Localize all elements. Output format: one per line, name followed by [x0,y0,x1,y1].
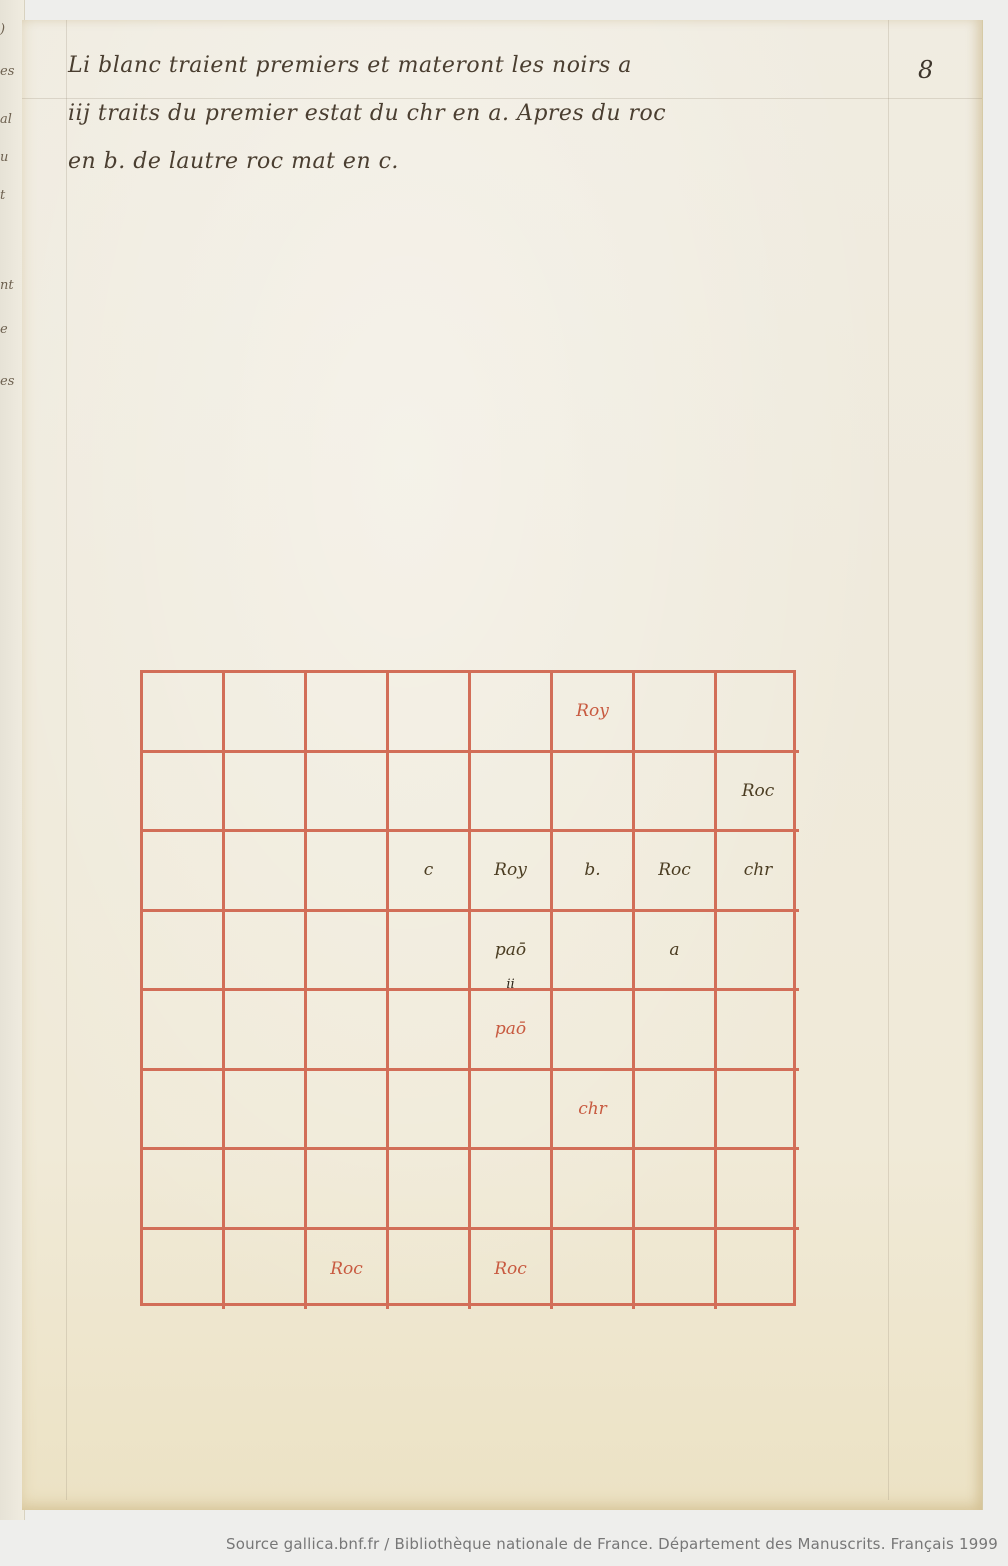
piece-label: paō [495,940,526,960]
board-cell [143,991,225,1071]
facing-page-fragment: ) [0,22,5,37]
board-cell [307,673,389,753]
facing-page-fragment: es [0,374,14,389]
square-marker-a: a [635,912,717,992]
board-cell [143,753,225,833]
chess-grid: Roy Roc c Roy b. Roc chr paō ii a [140,670,796,1306]
board-cell [389,1230,471,1310]
board-cell [307,1150,389,1230]
text-line: en b. de lautre roc mat en c. [68,138,898,186]
facing-page-fragment: u [0,150,8,165]
board-cell [717,991,799,1071]
board-cell [389,1071,471,1151]
board-cell [225,991,307,1071]
text-line: Li blanc traient premiers et materont le… [68,42,898,90]
facing-page-fragment: es [0,64,14,79]
piece-black-king: Roy [471,832,553,912]
board-cell [225,1150,307,1230]
board-cell [225,912,307,992]
board-cell [635,1150,717,1230]
board-cell [717,912,799,992]
board-cell [553,912,635,992]
board-cell [225,1230,307,1310]
board-cell [307,753,389,833]
board-cell [635,673,717,753]
board-cell [225,832,307,912]
pawn-annotation: ii [471,977,550,992]
board-cell [717,673,799,753]
board-cell [389,912,471,992]
board-cell [307,1071,389,1151]
board-cell [143,1150,225,1230]
facing-page-fragment: e [0,322,8,337]
board-cell [225,1071,307,1151]
board-cell [717,1150,799,1230]
board-cell [635,753,717,833]
board-cell [635,991,717,1071]
manuscript-text: Li blanc traient premiers et materont le… [68,42,898,186]
piece-black-rook: Roc [635,832,717,912]
board-cell [471,1150,553,1230]
piece-red-knight: chr [553,1071,635,1151]
board-cell [635,1071,717,1151]
board-cell [717,1071,799,1151]
margin-rule-right [888,20,889,1500]
square-marker-b: b. [553,832,635,912]
board-cell [389,991,471,1071]
piece-red-king: Roy [553,673,635,753]
board-cell [389,673,471,753]
board-cell [143,673,225,753]
piece-red-rook: Roc [471,1230,553,1310]
text-line: iij traits du premier estat du chr en a.… [68,90,898,138]
board-cell [717,1230,799,1310]
board-cell [553,1230,635,1310]
facing-page-fragment: al [0,112,12,127]
board-cell [307,832,389,912]
board-cell [553,1150,635,1230]
board-cell [635,1230,717,1310]
square-marker-c: c [389,832,471,912]
board-cell [307,991,389,1071]
facing-page-fragment: t [0,188,5,203]
board-cell [143,1230,225,1310]
facing-page-fragment: nt [0,278,14,293]
board-cell [553,991,635,1071]
chess-diagram: Roy Roc c Roy b. Roc chr paō ii a [140,670,796,1306]
board-cell [143,832,225,912]
board-cell [225,673,307,753]
piece-black-pawn: paō ii [471,912,553,992]
board-cell [471,673,553,753]
board-cell [553,753,635,833]
board-cell [471,1071,553,1151]
board-cell [143,912,225,992]
piece-black-knight: chr [717,832,799,912]
board-cell [307,912,389,992]
board-cell [143,1071,225,1151]
board-cell [389,753,471,833]
folio-number: 8 [918,56,933,84]
board-cell [225,753,307,833]
margin-rule-left [66,20,67,1500]
board-cell [389,1150,471,1230]
piece-red-rook: Roc [307,1230,389,1310]
source-caption: Source gallica.bnf.fr / Bibliothèque nat… [226,1535,998,1553]
board-cell [471,753,553,833]
piece-black-rook: Roc [717,753,799,833]
piece-red-pawn: paō [471,991,553,1071]
